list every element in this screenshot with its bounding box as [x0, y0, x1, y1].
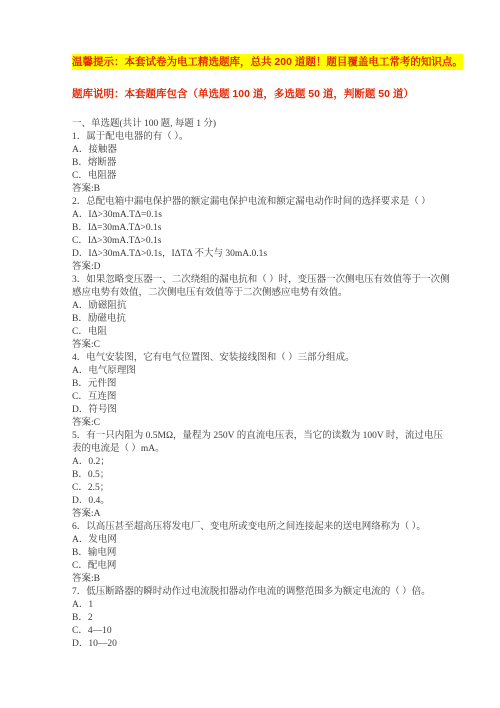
bank-description: 题库说明：本套题库包含（单选题 100 道，多选题 50 道，判断题 50 道）: [72, 87, 446, 102]
option-line: A．发电网: [72, 534, 446, 547]
question-stem: 1．属于配电电器的有（ ）。: [72, 131, 446, 144]
option-line: C．IΔ>30mA.TΔ>0.1s: [72, 235, 446, 248]
question-stem: 4．电气安装图，它有电气位置图、安装接线图和（ ）三部分组成。: [72, 352, 446, 365]
option-line: A．1: [72, 599, 446, 612]
question-stem: 3．如果忽略变压器一、二次绕组的漏电抗和（ ）时，变压器一次侧电压有效值等于一次…: [72, 274, 446, 287]
question-stem: 表的电流是（ ）mA。: [72, 443, 446, 456]
questions-container: 1．属于配电电器的有（ ）。A．接触器B．熔断器C．电阻器答案:B2．总配电箱中…: [72, 131, 446, 651]
option-line: C．配电网: [72, 560, 446, 573]
question-stem: 7．低压断路器的瞬时动作过电流脱扣器动作电流的调整范围多为额定电流的（ ）倍。: [72, 586, 446, 599]
option-line: C．4—10: [72, 625, 446, 638]
answer-line: 答案:C: [72, 339, 446, 352]
exam-document-page: 温馨提示：本套试卷为电工精选题库，总共 200 道题！题目覆盖电工常考的知识点。…: [0, 0, 500, 708]
option-line: C．电阻器: [72, 170, 446, 183]
notice-row: 温馨提示：本套试卷为电工精选题库，总共 200 道题！题目覆盖电工常考的知识点。: [72, 52, 446, 68]
question-stem: 6．以高压甚至超高压将发电厂、变电所或变电所之间连接起来的送电网络称为（ ）。: [72, 521, 446, 534]
option-line: A．IΔ>30mA.TΔ=0.1s: [72, 209, 446, 222]
option-line: B．0.5；: [72, 469, 446, 482]
answer-line: 答案:D: [72, 261, 446, 274]
question-stem: 2．总配电箱中漏电保护器的额定漏电保护电流和额定漏电动作时间的选择要求是（ ）: [72, 196, 446, 209]
answer-line: 答案:A: [72, 508, 446, 521]
notice-banner: 温馨提示：本套试卷为电工精选题库，总共 200 道题！题目覆盖电工常考的知识点。: [72, 54, 463, 70]
option-line: C．电阻: [72, 326, 446, 339]
option-line: C．互连图: [72, 391, 446, 404]
question-stem: 感应电势有效值，二次侧电压有效值等于二次侧感应电势有效值。: [72, 287, 446, 300]
question-stem: 5．有一只内阻为 0.5MΩ，量程为 250V 的直流电压表，当它的读数为 10…: [72, 430, 446, 443]
option-line: A．电气原理图: [72, 365, 446, 378]
option-line: D．0.4。: [72, 495, 446, 508]
option-line: B．IΔ=30mA.TΔ>0.1s: [72, 222, 446, 235]
answer-line: 答案:C: [72, 417, 446, 430]
option-line: B．熔断器: [72, 157, 446, 170]
section-title: 一、单选题(共计 100 题, 每题 1 分): [72, 118, 446, 131]
question-list: 一、单选题(共计 100 题, 每题 1 分) 1．属于配电电器的有（ ）。A．…: [72, 118, 446, 651]
option-line: B．励磁电抗: [72, 313, 446, 326]
option-line: D．IΔ>30mA.TΔ>0.1s，IΔTΔ 不大与 30mA.0.1s: [72, 248, 446, 261]
option-line: D．10—20: [72, 638, 446, 651]
option-line: A．接触器: [72, 144, 446, 157]
answer-line: 答案:B: [72, 573, 446, 586]
option-line: A．0.2；: [72, 456, 446, 469]
option-line: D．符号图: [72, 404, 446, 417]
option-line: B．2: [72, 612, 446, 625]
option-line: C．2.5；: [72, 482, 446, 495]
document-content: 温馨提示：本套试卷为电工精选题库，总共 200 道题！题目覆盖电工常考的知识点。…: [72, 0, 446, 651]
answer-line: 答案:B: [72, 183, 446, 196]
option-line: B．元件图: [72, 378, 446, 391]
option-line: B．输电网: [72, 547, 446, 560]
option-line: A．励磁阻抗: [72, 300, 446, 313]
